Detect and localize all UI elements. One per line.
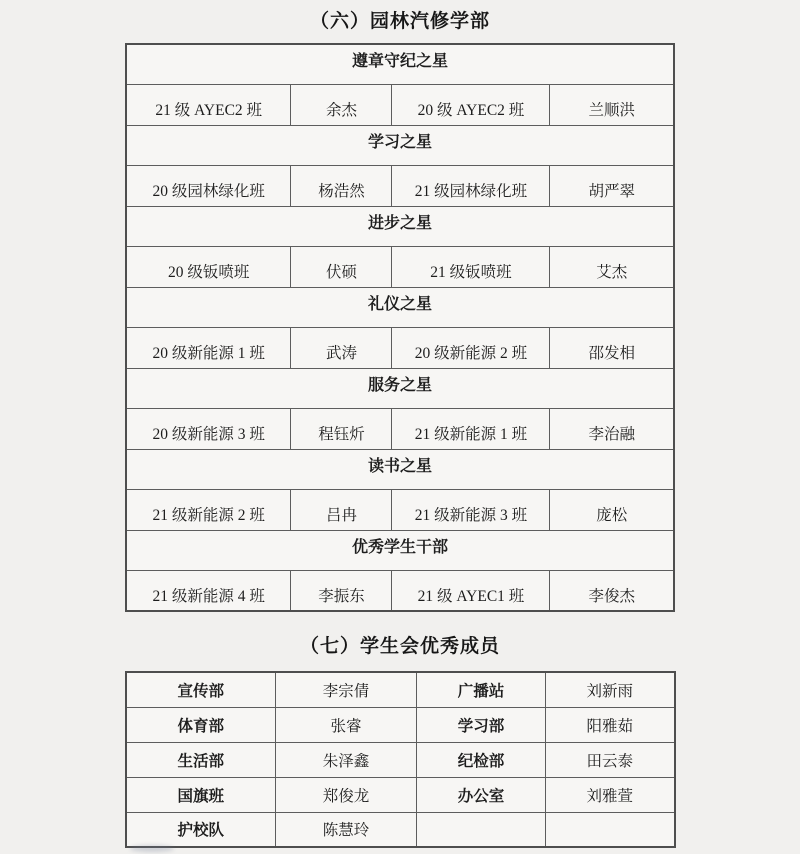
winners-row: 20 级钣喷班 伏硕 21 级钣喷班 艾杰	[126, 246, 674, 287]
award-class-cell: 21 级 AYEC1 班	[392, 570, 550, 611]
award-class-cell: 20 级新能源 3 班	[126, 408, 291, 449]
member-name-cell: 田云泰	[546, 742, 675, 777]
award-student-cell: 李振东	[291, 570, 392, 611]
category-row: 读书之星	[126, 449, 674, 489]
award-class-cell: 20 级新能源 2 班	[392, 327, 550, 368]
member-name-cell: 李宗倩	[276, 672, 417, 707]
award-category-cell: 进步之星	[126, 206, 674, 246]
member-name-cell: 郑俊龙	[276, 777, 417, 812]
category-row: 遵章守纪之星	[126, 44, 674, 84]
category-row: 进步之星	[126, 206, 674, 246]
award-student-cell: 武涛	[291, 327, 392, 368]
category-row: 学习之星	[126, 125, 674, 165]
member-row: 宣传部 李宗倩 广播站 刘新雨	[126, 672, 675, 707]
award-class-cell: 21 级园林绿化班	[392, 165, 550, 206]
award-class-cell: 21 级新能源 1 班	[392, 408, 550, 449]
member-name-cell: 陈慧玲	[276, 812, 417, 847]
awards-table: 遵章守纪之星 21 级 AYEC2 班 余杰 20 级 AYEC2 班 兰顺洪 …	[125, 43, 675, 612]
winners-row: 20 级新能源 1 班 武涛 20 级新能源 2 班 邵发相	[126, 327, 674, 368]
dept-cell: 护校队	[126, 812, 276, 847]
dept-cell: 办公室	[417, 777, 546, 812]
award-student-cell: 伏硕	[291, 246, 392, 287]
dept-cell: 生活部	[126, 742, 276, 777]
category-row: 优秀学生干部	[126, 530, 674, 570]
member-row: 生活部 朱泽鑫 纪检部 田云泰	[126, 742, 675, 777]
award-student-cell: 李俊杰	[550, 570, 674, 611]
member-name-cell: 张睿	[276, 707, 417, 742]
member-name-cell: 朱泽鑫	[276, 742, 417, 777]
section-6-title: （六）园林汽修学部	[0, 0, 800, 35]
award-class-cell: 20 级园林绿化班	[126, 165, 291, 206]
members-table: 宣传部 李宗倩 广播站 刘新雨 体育部 张睿 学习部 阳雅茹 生活部 朱泽鑫 纪…	[125, 671, 676, 848]
award-class-cell: 21 级新能源 3 班	[392, 489, 550, 530]
award-class-cell: 21 级新能源 4 班	[126, 570, 291, 611]
award-category-cell: 学习之星	[126, 125, 674, 165]
winners-row: 21 级新能源 2 班 吕冉 21 级新能源 3 班 庞松	[126, 489, 674, 530]
award-student-cell: 庞松	[550, 489, 674, 530]
award-student-cell: 余杰	[291, 84, 392, 125]
award-class-cell: 21 级钣喷班	[392, 246, 550, 287]
award-student-cell: 兰顺洪	[550, 84, 674, 125]
member-name-cell: 阳雅茹	[546, 707, 675, 742]
award-student-cell: 艾杰	[550, 246, 674, 287]
award-class-cell: 20 级钣喷班	[126, 246, 291, 287]
award-category-cell: 读书之星	[126, 449, 674, 489]
dept-cell: 学习部	[417, 707, 546, 742]
winners-row: 21 级 AYEC2 班 余杰 20 级 AYEC2 班 兰顺洪	[126, 84, 674, 125]
award-student-cell: 杨浩然	[291, 165, 392, 206]
dept-cell: 纪检部	[417, 742, 546, 777]
member-row: 护校队 陈慧玲	[126, 812, 675, 847]
member-name-cell: 刘新雨	[546, 672, 675, 707]
award-class-cell: 20 级 AYEC2 班	[392, 84, 550, 125]
winners-row: 21 级新能源 4 班 李振东 21 级 AYEC1 班 李俊杰	[126, 570, 674, 611]
award-class-cell: 20 级新能源 1 班	[126, 327, 291, 368]
dept-cell: 体育部	[126, 707, 276, 742]
winners-row: 20 级新能源 3 班 程钰炘 21 级新能源 1 班 李治融	[126, 408, 674, 449]
award-student-cell: 胡严翠	[550, 165, 674, 206]
category-row: 礼仪之星	[126, 287, 674, 327]
photo-smudge	[130, 845, 174, 852]
member-row: 国旗班 郑俊龙 办公室 刘雅萱	[126, 777, 675, 812]
award-student-cell: 邵发相	[550, 327, 674, 368]
award-class-cell: 21 级 AYEC2 班	[126, 84, 291, 125]
member-name-cell	[546, 812, 675, 847]
dept-cell: 广播站	[417, 672, 546, 707]
award-class-cell: 21 级新能源 2 班	[126, 489, 291, 530]
section-7-title: （七）学生会优秀成员	[0, 634, 800, 660]
dept-cell	[417, 812, 546, 847]
winners-row: 20 级园林绿化班 杨浩然 21 级园林绿化班 胡严翠	[126, 165, 674, 206]
member-name-cell: 刘雅萱	[546, 777, 675, 812]
dept-cell: 国旗班	[126, 777, 276, 812]
dept-cell: 宣传部	[126, 672, 276, 707]
member-row: 体育部 张睿 学习部 阳雅茹	[126, 707, 675, 742]
award-student-cell: 程钰炘	[291, 408, 392, 449]
award-student-cell: 李治融	[550, 408, 674, 449]
award-category-cell: 遵章守纪之星	[126, 44, 674, 84]
award-student-cell: 吕冉	[291, 489, 392, 530]
award-category-cell: 礼仪之星	[126, 287, 674, 327]
award-category-cell: 优秀学生干部	[126, 530, 674, 570]
award-category-cell: 服务之星	[126, 368, 674, 408]
category-row: 服务之星	[126, 368, 674, 408]
